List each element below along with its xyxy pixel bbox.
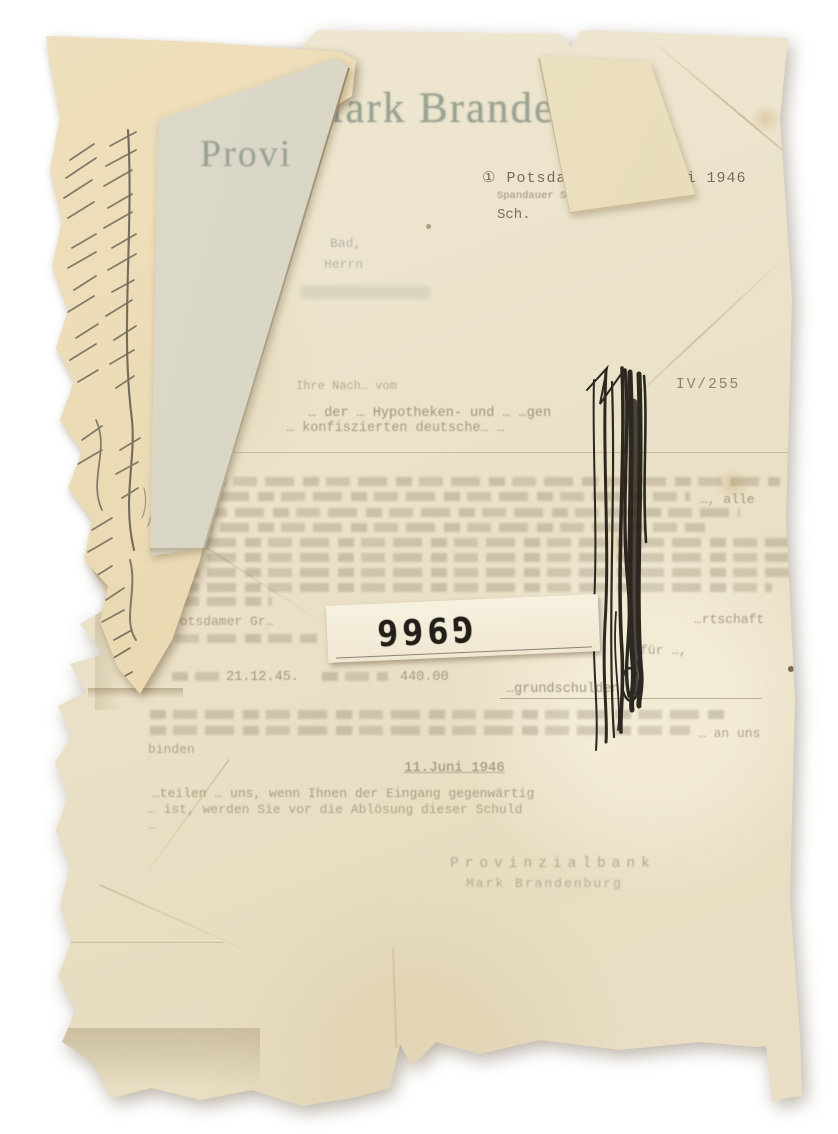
folded-corner-flap xyxy=(0,0,838,1134)
fold-crease xyxy=(539,58,571,215)
scanned-document-photo: Provinzialbank Mark Brandenburg ① Potsda… xyxy=(0,0,838,1134)
folded-corner-surface xyxy=(0,0,838,1134)
fold-crease xyxy=(570,194,697,213)
